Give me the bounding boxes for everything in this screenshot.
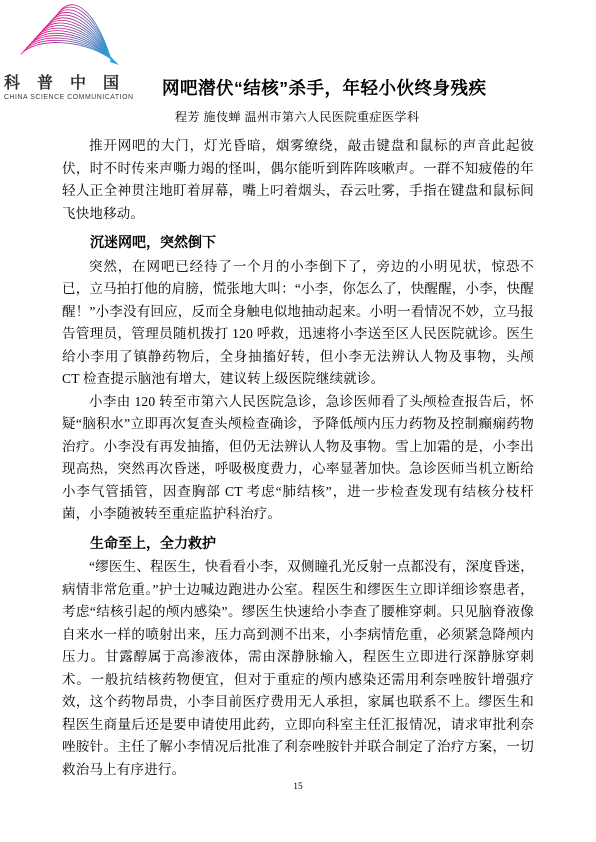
body-paragraph-3: 小李由 120 转至市第六人民医院急诊，急诊医师看了头颅检查报告后，怀疑“脑积水… — [62, 391, 534, 526]
logo-en-text: CHINA SCIENCE COMMUNICATION — [4, 94, 134, 101]
section-heading-2: 生命至上，全力救护 — [62, 532, 534, 555]
body-paragraph-2: 突然，在网吧已经待了一个月的小李倒下了，旁边的小明见状，惊恐不已，立马拍打他的肩… — [62, 256, 534, 391]
logo-swoosh-icon — [16, 2, 138, 74]
byline: 程芳 施伎蝉 温州市第六人民医院重症医学科 — [175, 108, 420, 125]
body-paragraph-4: “缪医生、程医生，快看看小李，双侧瞳孔光反射一点都没有，深度昏迷，病情非常危重。… — [62, 556, 534, 781]
page-title: 网吧潜伏“结核”杀手，年轻小伙终身残疾 — [162, 75, 554, 100]
page-number: 15 — [0, 782, 596, 792]
section-heading-1: 沉迷网吧，突然倒下 — [62, 231, 534, 254]
article-body: 推开网吧的大门，灯光昏暗，烟雾缭绕，敲击键盘和鼠标的声音此起彼伏，时不时传来声嘶… — [62, 135, 534, 781]
document-page: 科普中国 CHINA SCIENCE COMMUNICATION 网吧潜伏“结核… — [0, 0, 596, 842]
logo-cn-text: 科普中国 — [4, 70, 136, 93]
body-paragraph-1: 推开网吧的大门，灯光昏暗，烟雾缭绕，敲击键盘和鼠标的声音此起彼伏，时不时传来声嘶… — [62, 135, 534, 225]
